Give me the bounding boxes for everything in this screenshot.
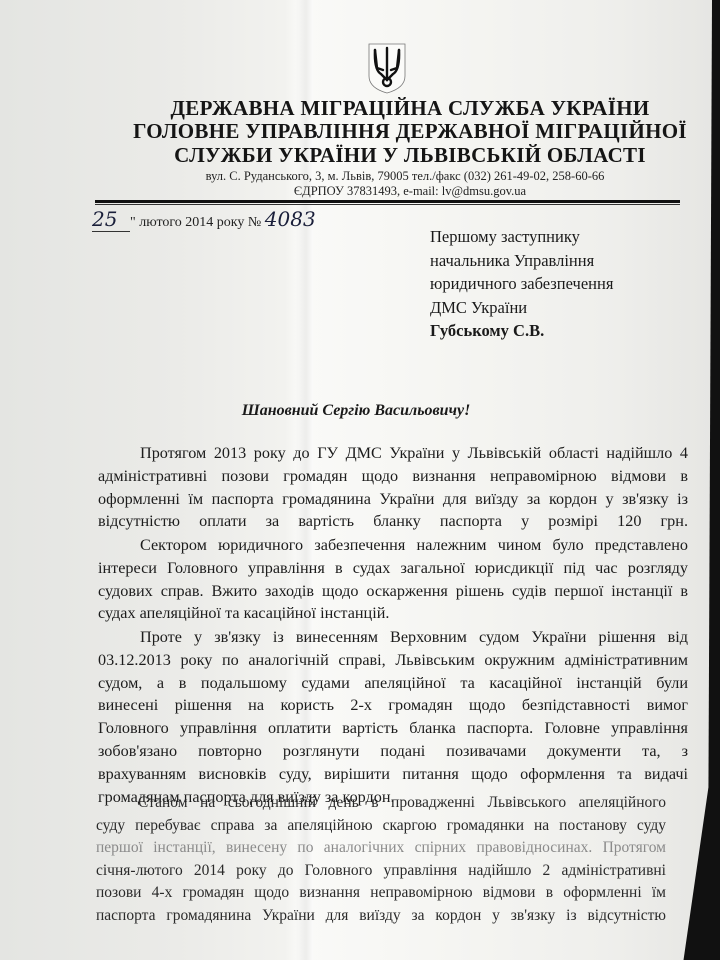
paragraph-2: Сектором юридичного забезпечення належни…: [98, 534, 688, 625]
greeting: Шановний Сергію Васильовичу!: [0, 402, 712, 420]
text-line: винесені рішення на користь 2-х громадян…: [98, 694, 688, 717]
header-divider: [95, 200, 680, 203]
recipient-block: Першому заступнику начальника Управління…: [430, 225, 613, 343]
recipient-line: Першому заступнику: [430, 225, 613, 249]
date-text: " лютого 2014 року №: [130, 215, 261, 230]
text-line: судах апеляційної та касаційної інстанці…: [98, 602, 688, 625]
text-line: січня-лютого 2014 року до Головного упра…: [96, 860, 666, 883]
header-registry: ЄДРПОУ 37831493, e-mail: lv@dmsu.gov.ua: [130, 184, 690, 199]
text-line: інтереси Головного управління в судах за…: [98, 557, 688, 580]
text-line: суду перебуває справа за апеляційною ска…: [96, 815, 666, 838]
handwritten-day: 25: [92, 207, 130, 232]
text-line: Станом на сьогоднішній день в провадженн…: [96, 792, 666, 815]
text-line: Головного управління оплатити вартість б…: [98, 717, 688, 740]
header-address: вул. С. Руданського, 3, м. Львів, 79005 …: [170, 169, 640, 184]
handwritten-number: 4083: [265, 207, 316, 231]
text-line: паспорта громадянина України для виїзду …: [96, 905, 666, 928]
header-line-2: ГОЛОВНЕ УПРАВЛІННЯ ДЕРЖАВНОЇ МІГРАЦІЙНОЇ: [120, 121, 700, 142]
text-line: адміністративні позови громадян щодо виз…: [98, 465, 688, 488]
text-line: Протягом 2013 року до ГУ ДМС України у Л…: [98, 442, 688, 465]
paragraph-3: Проте у зв'язку із винесенням Верховним …: [98, 626, 688, 808]
recipient-line: юридичного забезпечення: [430, 272, 613, 296]
text-line: врахуванням висновків суду, вирішити пит…: [98, 763, 688, 786]
recipient-name: Губському С.В.: [430, 319, 613, 343]
letter-paper: ДЕРЖАВНА МІГРАЦІЙНА СЛУЖБА УКРАЇНИ ГОЛОВ…: [0, 0, 712, 960]
text-line: судових справ. Вжито заходів щодо оскарж…: [98, 580, 688, 603]
recipient-line: ДМС України: [430, 296, 613, 320]
text-line: судом, а в подальшому судами апеляційної…: [98, 672, 688, 695]
text-line: зобов'язано повторно розглянути подані п…: [98, 740, 688, 763]
text-line: відсутністю оплати за вартість бланку па…: [98, 510, 688, 533]
date-line: 25" лютого 2014 року № 4083: [92, 207, 316, 232]
paragraph-4: Станом на сьогоднішній день в провадженн…: [96, 792, 666, 927]
text-line: першої інстанції, винесену по аналогічни…: [96, 837, 666, 860]
text-line: Сектором юридичного забезпечення належни…: [98, 534, 688, 557]
paragraph-1: Протягом 2013 року до ГУ ДМС України у Л…: [98, 442, 688, 533]
header-line-1: ДЕРЖАВНА МІГРАЦІЙНА СЛУЖБА УКРАЇНИ: [130, 98, 690, 119]
recipient-line: начальника Управління: [430, 249, 613, 273]
header-divider-thin: [95, 204, 680, 205]
header-line-3: СЛУЖБИ УКРАЇНИ У ЛЬВІВСЬКІЙ ОБЛАСТІ: [130, 145, 690, 166]
text-line: 03.12.2013 року по аналогічній справі, Л…: [98, 649, 688, 672]
text-line: оформленні їм паспорта громадянина Украї…: [98, 488, 688, 511]
text-line: Проте у зв'язку із винесенням Верховним …: [98, 626, 688, 649]
trident-coat-of-arms-icon: [367, 42, 407, 94]
text-line: позови 4-х громадян щодо визнання неправ…: [96, 882, 666, 905]
